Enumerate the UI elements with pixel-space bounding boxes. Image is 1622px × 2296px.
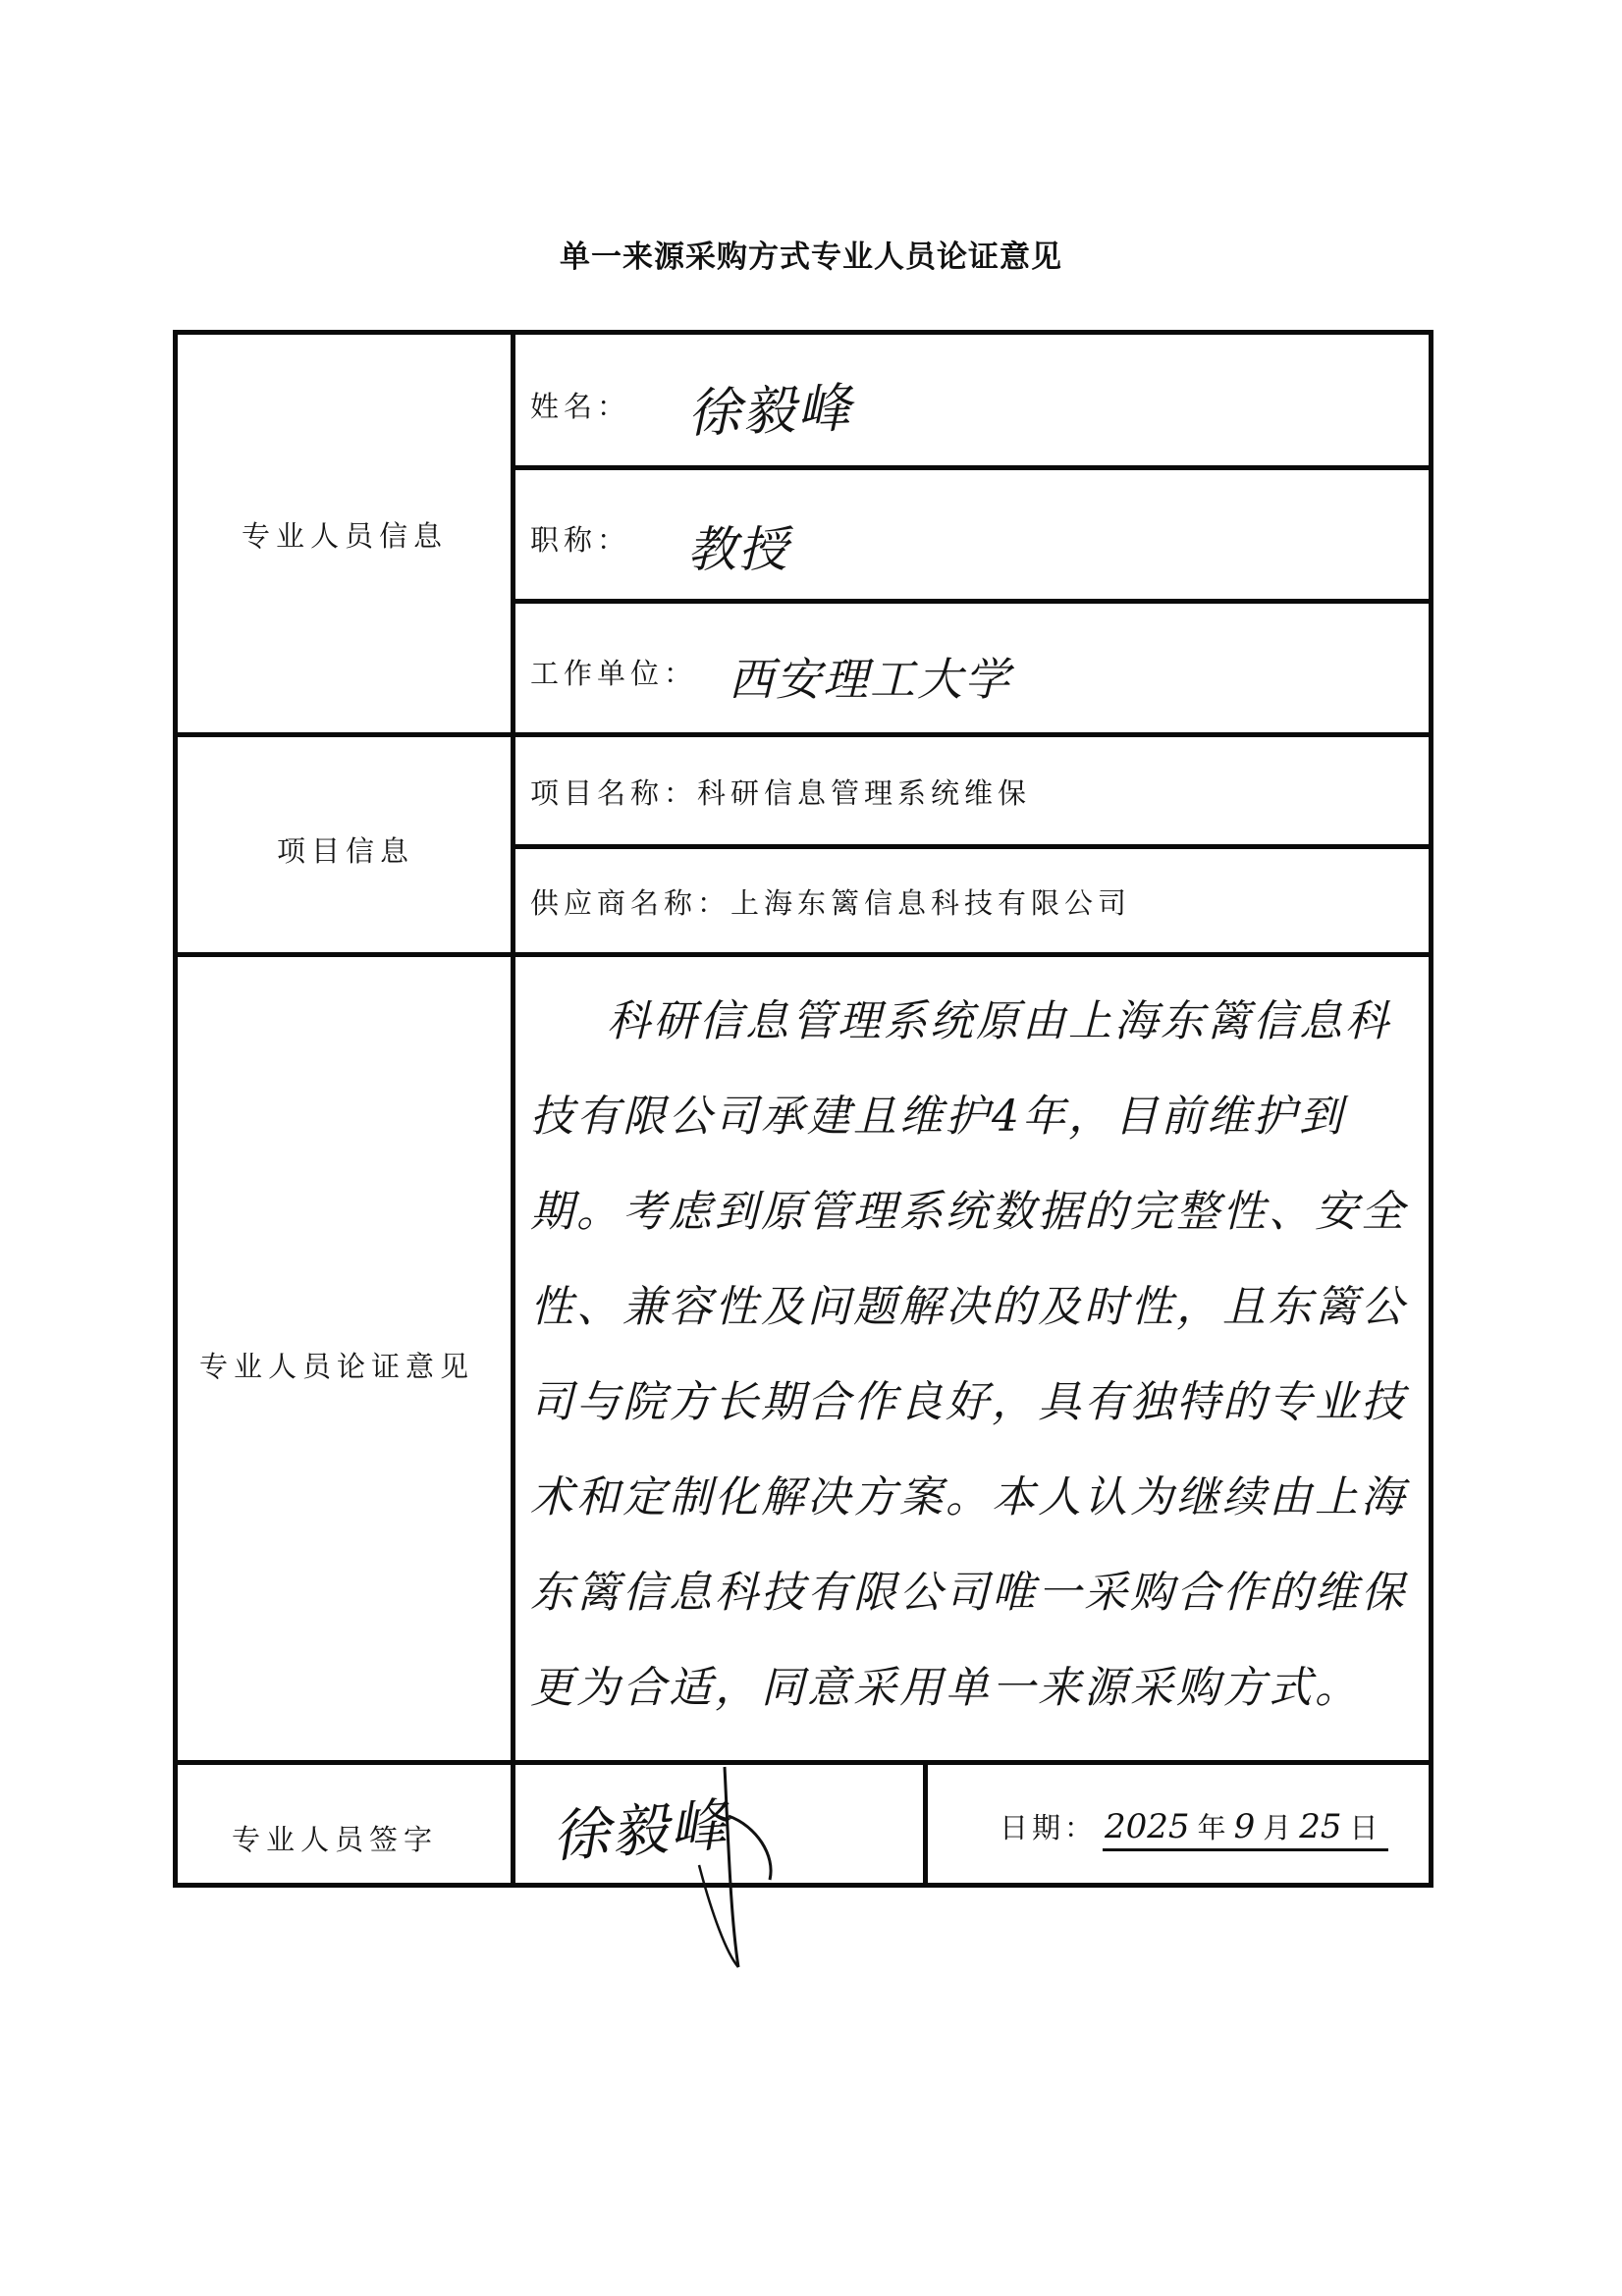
name-value[interactable]: 徐毅峰 [686, 366, 854, 448]
unit-label: 工作单位： [530, 652, 697, 692]
signature-value[interactable]: 徐毅峰 [549, 1779, 730, 1873]
date-value[interactable]: 2025年9月25日 [1103, 1806, 1387, 1851]
project-name-label: 项目名称：科研信息管理系统维保 [530, 772, 1031, 812]
date-label: 日期： [1000, 1806, 1097, 1846]
opinion-text[interactable]: 科研信息管理系统原由上海东篱信息科技有限公司承建且维护4年，目前维护到期。考虑到… [530, 974, 1414, 1735]
row-divider [173, 1760, 1433, 1765]
date-year: 2025 [1105, 1807, 1190, 1846]
supplier-label-text: 供应商名称： [530, 886, 730, 920]
date-year-unit: 年 [1198, 1811, 1226, 1844]
unit-value[interactable]: 西安理工大学 [729, 644, 1011, 709]
date-month: 9 [1234, 1807, 1256, 1846]
supplier-label: 供应商名称：上海东篱信息科技有限公司 [530, 881, 1131, 922]
title-label: 职称： [530, 518, 630, 559]
date-month-unit: 月 [1263, 1811, 1291, 1844]
row-divider [511, 599, 1433, 604]
section-label-opinion: 专业人员论证意见 [199, 1345, 474, 1385]
row-divider [173, 732, 1433, 737]
document-title: 单一来源采购方式专业人员论证意见 [0, 232, 1622, 276]
title-value[interactable]: 教授 [687, 510, 789, 581]
row-divider [511, 844, 1433, 849]
project-name-label-text: 项目名称： [530, 776, 697, 810]
date-day-unit: 日 [1349, 1811, 1378, 1844]
date-field: 日期： 2025年9月25日 [1000, 1806, 1388, 1851]
project-name-value: 科研信息管理系统维保 [697, 776, 1031, 810]
section-label-project-info: 项目信息 [277, 829, 414, 870]
date-day: 25 [1299, 1807, 1341, 1846]
supplier-value: 上海东篱信息科技有限公司 [730, 886, 1131, 920]
column-divider [923, 1760, 928, 1888]
section-label-personnel-info: 专业人员信息 [242, 514, 448, 555]
row-divider [511, 465, 1433, 470]
column-divider [511, 330, 515, 1888]
row-divider [173, 952, 1433, 957]
section-label-signature: 专业人员签字 [232, 1818, 438, 1858]
name-label: 姓名： [530, 385, 630, 425]
